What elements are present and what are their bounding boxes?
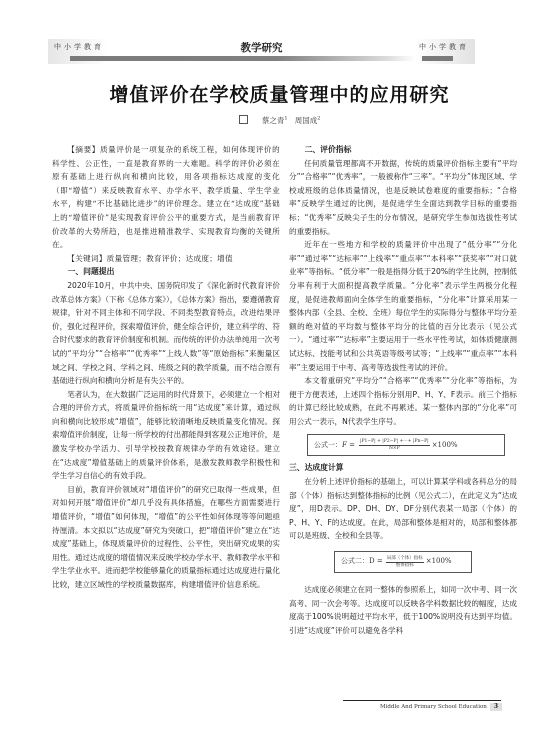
footer-rule (343, 700, 501, 701)
author-2-mark: 2 (317, 116, 320, 122)
header-section-title: 教学研究 (48, 40, 475, 55)
section-3-heading: 三、达成度计算 (289, 461, 517, 475)
formula-1-numerator: |P1−P| + |P2−P| +⋯+ |Pn−P| (359, 439, 430, 446)
author-2-name: 周国成 (295, 116, 318, 125)
body-paragraph: 在分析上述评价指标的基础上，可以计算某学科或各科总分的局部（个体）指标达到整体指… (289, 475, 517, 543)
abstract: 【摘要】质量评价是一项复杂的系统工程，如何体现评价的科学性、公正性，一直是教育界… (52, 143, 280, 252)
body-paragraph: 近年在一些地方和学校的质量评价中出现了“低分率”“分化率”“通过率”“达标率”“… (289, 238, 517, 374)
section-1-heading: 一、问题提出 (52, 265, 280, 279)
article-title: 增值评价在学校质量管理中的应用研究 (0, 80, 559, 107)
author-1-mark: 1 (284, 116, 287, 122)
formula-2-label: 公式二： (341, 555, 369, 569)
formula-2-suffix: ×100% (426, 555, 452, 569)
author-1-name: 蔡之青 (262, 116, 285, 125)
formula-2-lhs: D = (369, 555, 383, 569)
formula-1-suffix: ×100% (432, 439, 458, 453)
formula-2-denominator: 整体指标 (396, 563, 414, 569)
formula-1-box: 公式一： F = |P1−P| + |P2−P| +⋯+ |Pn−P| N×P … (307, 434, 505, 456)
header-right-bar (422, 56, 453, 61)
formula-2-fraction: 局部（个体）指标 整体指标 (386, 556, 424, 569)
left-column: 【摘要】质量评价是一项复杂的系统工程，如何体现评价的科学性、公正性，一直是教育界… (52, 143, 280, 592)
body-paragraph: 达成度必须建立在同一整体的参照系上，如同一次中考、同一次高考、同一次会考等。达成… (289, 583, 517, 637)
header-journal-right: 中小学教育 (419, 42, 469, 52)
body-paragraph: 任何质量管理都离不开数据，传统的质量评价指标主要有“平均分”“合格率”“优秀率”… (289, 157, 517, 239)
body-paragraph: 笔者认为，在大数据广泛运用的时代背景下，必须建立一个相对合理的评价方式，将质量评… (52, 388, 280, 483)
formula-1-fraction: |P1−P| + |P2−P| +⋯+ |Pn−P| N×P (359, 439, 430, 452)
formula-2-numerator: 局部（个体）指标 (386, 556, 424, 563)
running-header: 中小学教育 教学研究 中小学教育 (48, 39, 475, 64)
keywords: 【关键词】质量管理；教育评价；达成度；增值 (52, 252, 280, 266)
body-paragraph: 2020年10月，中共中央、国务院印发了《深化新时代教育评价改革总体方案》（下称… (52, 279, 280, 388)
formula-2-box: 公式二： D = 局部（个体）指标 整体指标 ×100% (334, 551, 472, 573)
section-2-heading: 二、评价指标 (289, 143, 517, 157)
body-paragraph: 本文着重研究“平均分”“合格率”“优秀率”“分化率”等指标，为便于方便表述，上述… (289, 374, 517, 428)
page-number: 3 (490, 703, 502, 711)
right-column: 二、评价指标 任何质量管理都离不开数据，传统的质量评价指标主要有“平均分”“合格… (289, 143, 517, 637)
author-line: 蔡之青1 周国成2 (0, 115, 559, 126)
formula-1-lhs: F = (342, 439, 355, 453)
header-gradient-bar (70, 56, 415, 61)
formula-1-denominator: N×P (389, 446, 400, 452)
footer-journal-name: Middle And Primary School Education (380, 704, 487, 710)
formula-1-label: 公式一： (314, 439, 342, 453)
body-paragraph: 目前，教育评价领域对“增值评价”的研究已取得一些成果，但对如何开展“增值评价”却… (52, 483, 280, 592)
author-box-icon (239, 115, 248, 124)
